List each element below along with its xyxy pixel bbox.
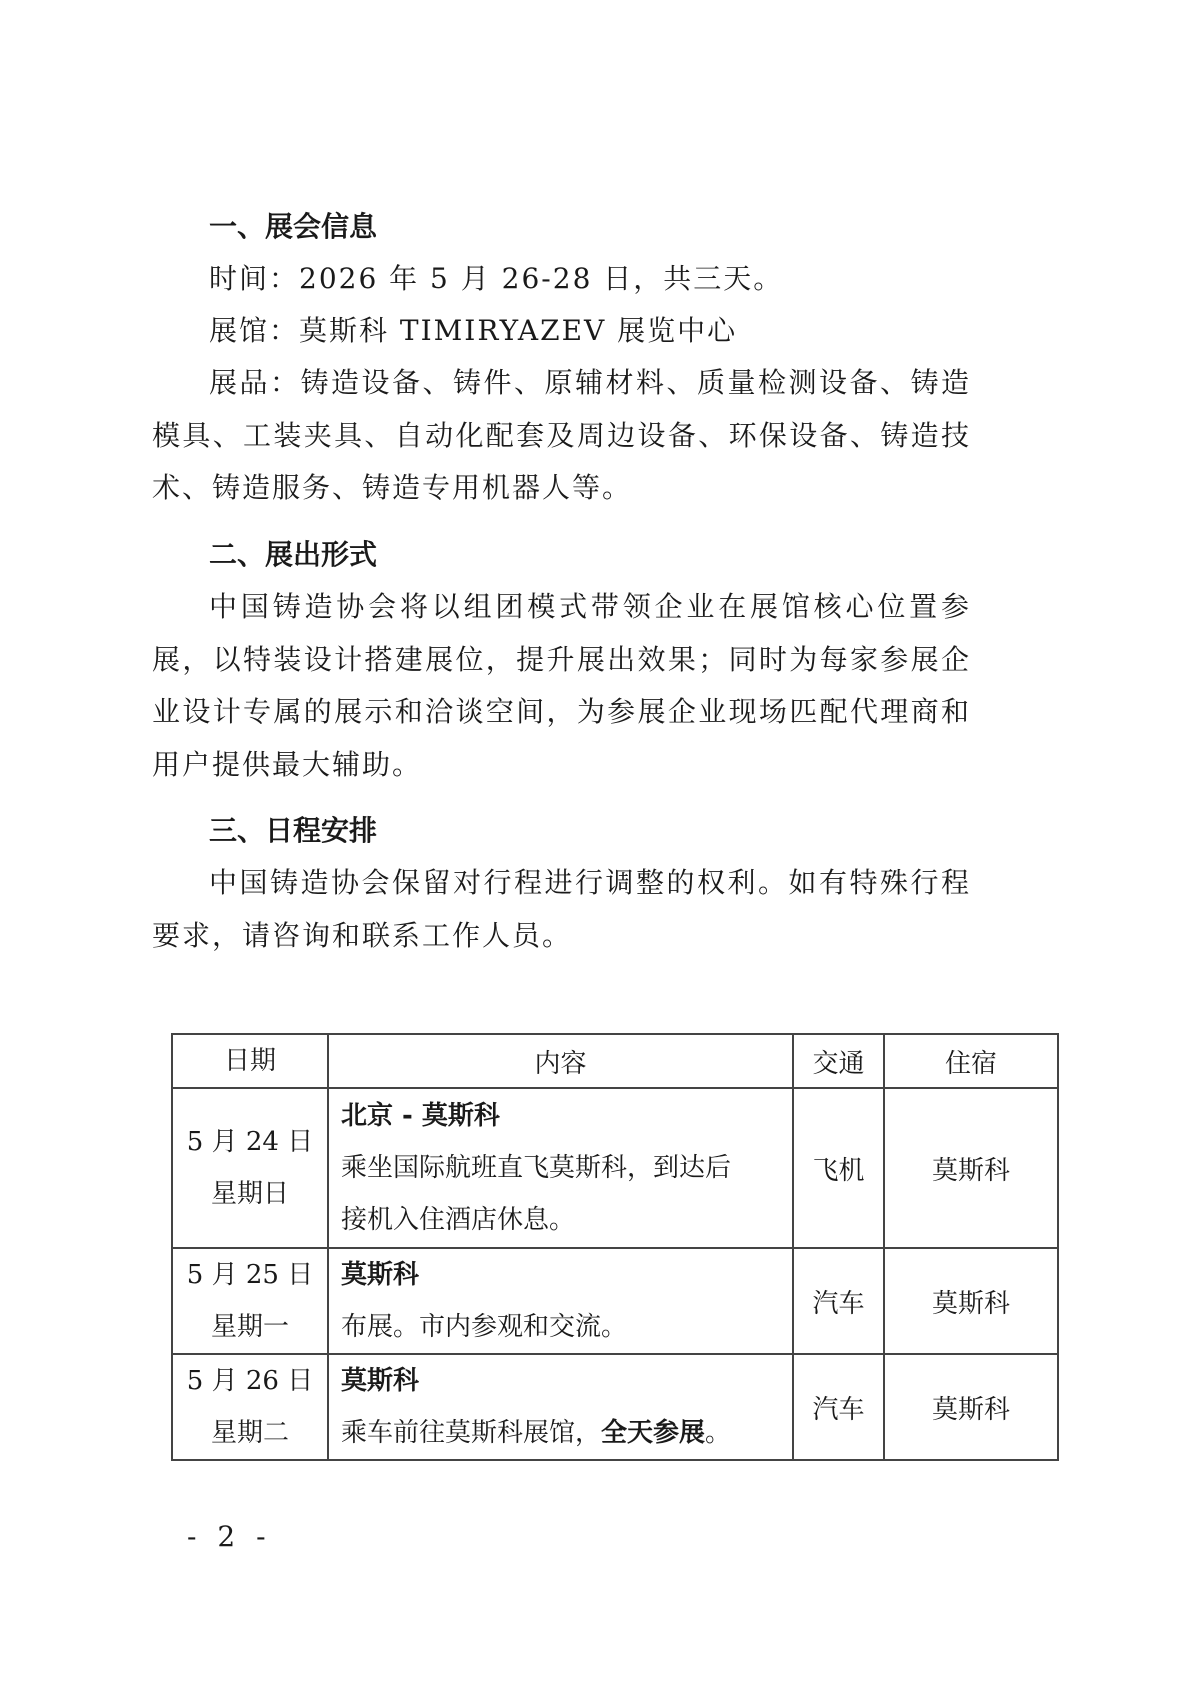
content-desc-line: 布展。市内参观和交流。 bbox=[341, 1301, 792, 1353]
section-heading-exhibition-info: 一、展会信息 bbox=[209, 209, 377, 245]
hotel-cell: 莫斯科 bbox=[884, 1088, 1058, 1248]
content-title: 莫斯科 bbox=[341, 1355, 792, 1407]
format-line-1: 中国铸造协会将以组团模式带领企业在展馆核心位置参 bbox=[209, 589, 971, 625]
desc-emphasis: 全天参展 bbox=[601, 1418, 705, 1448]
table-header-row: 日期 内容 交通 住宿 bbox=[172, 1034, 1058, 1088]
table-row: 5 月 24 日 星期日 北京 - 莫斯科 乘坐国际航班直飞莫斯科，到达后 接机… bbox=[172, 1088, 1058, 1248]
content-title: 莫斯科 bbox=[341, 1249, 792, 1301]
date-cell: 5 月 24 日 星期日 bbox=[172, 1088, 328, 1248]
desc-punctuation: 。 bbox=[705, 1418, 731, 1448]
header-date: 日期 bbox=[172, 1034, 328, 1088]
content-cell: 莫斯科 乘车前往莫斯科展馆，全天参展。 bbox=[328, 1354, 793, 1460]
exhibits-line-2: 模具、工装夹具、自动化配套及周边设备、环保设备、铸造技 bbox=[152, 418, 971, 454]
exhibits-line-3: 术、铸造服务、铸造专用机器人等。 bbox=[152, 470, 632, 506]
date-cell: 5 月 25 日 星期一 bbox=[172, 1248, 328, 1354]
content-cell: 北京 - 莫斯科 乘坐国际航班直飞莫斯科，到达后 接机入住酒店休息。 bbox=[328, 1088, 793, 1248]
format-line-4: 用户提供最大辅助。 bbox=[152, 747, 422, 783]
content-desc-line: 乘车前往莫斯科展馆，全天参展。 bbox=[341, 1407, 792, 1459]
content-desc-line: 乘坐国际航班直飞莫斯科，到达后 bbox=[341, 1142, 792, 1194]
hotel-cell: 莫斯科 bbox=[884, 1354, 1058, 1460]
date-text: 5 月 26 日 bbox=[173, 1355, 327, 1407]
schedule-note-line-2: 要求，请咨询和联系工作人员。 bbox=[152, 918, 572, 954]
content-desc-line: 接机入住酒店休息。 bbox=[341, 1194, 792, 1246]
date-cell: 5 月 26 日 星期二 bbox=[172, 1354, 328, 1460]
exhibits-line-1: 展品：铸造设备、铸件、原辅材料、质量检测设备、铸造 bbox=[209, 365, 971, 401]
transport-cell: 飞机 bbox=[793, 1088, 884, 1248]
header-transport: 交通 bbox=[793, 1034, 884, 1088]
header-hotel: 住宿 bbox=[884, 1034, 1058, 1088]
date-text: 5 月 24 日 bbox=[173, 1116, 327, 1168]
schedule-table: 日期 内容 交通 住宿 5 月 24 日 星期日 北京 - 莫斯科 乘坐国际航班… bbox=[171, 1033, 1059, 1461]
weekday-text: 星期一 bbox=[173, 1301, 327, 1353]
desc-text: 乘车前往莫斯科展馆， bbox=[341, 1418, 601, 1448]
hotel-cell: 莫斯科 bbox=[884, 1248, 1058, 1354]
content-cell: 莫斯科 布展。市内参观和交流。 bbox=[328, 1248, 793, 1354]
page-number: - 2 - bbox=[187, 1520, 272, 1553]
section-heading-exhibition-format: 二、展出形式 bbox=[209, 537, 377, 573]
content-title: 北京 - 莫斯科 bbox=[341, 1090, 792, 1142]
exhibition-venue: 展馆：莫斯科 TIMIRYAZEV 展览中心 bbox=[209, 313, 737, 349]
exhibition-time: 时间：2026 年 5 月 26-28 日，共三天。 bbox=[209, 261, 783, 297]
transport-cell: 汽车 bbox=[793, 1248, 884, 1354]
format-line-2: 展，以特装设计搭建展位，提升展出效果；同时为每家参展企 bbox=[152, 642, 971, 678]
date-text: 5 月 25 日 bbox=[173, 1249, 327, 1301]
schedule-note-line-1: 中国铸造协会保留对行程进行调整的权利。如有特殊行程 bbox=[209, 865, 971, 901]
weekday-text: 星期日 bbox=[173, 1168, 327, 1220]
table-row: 5 月 26 日 星期二 莫斯科 乘车前往莫斯科展馆，全天参展。 汽车 莫斯科 bbox=[172, 1354, 1058, 1460]
section-heading-schedule: 三、日程安排 bbox=[209, 813, 377, 849]
weekday-text: 星期二 bbox=[173, 1407, 327, 1459]
header-content: 内容 bbox=[328, 1034, 793, 1088]
table-row: 5 月 25 日 星期一 莫斯科 布展。市内参观和交流。 汽车 莫斯科 bbox=[172, 1248, 1058, 1354]
transport-cell: 汽车 bbox=[793, 1354, 884, 1460]
format-line-3: 业设计专属的展示和洽谈空间，为参展企业现场匹配代理商和 bbox=[152, 694, 971, 730]
